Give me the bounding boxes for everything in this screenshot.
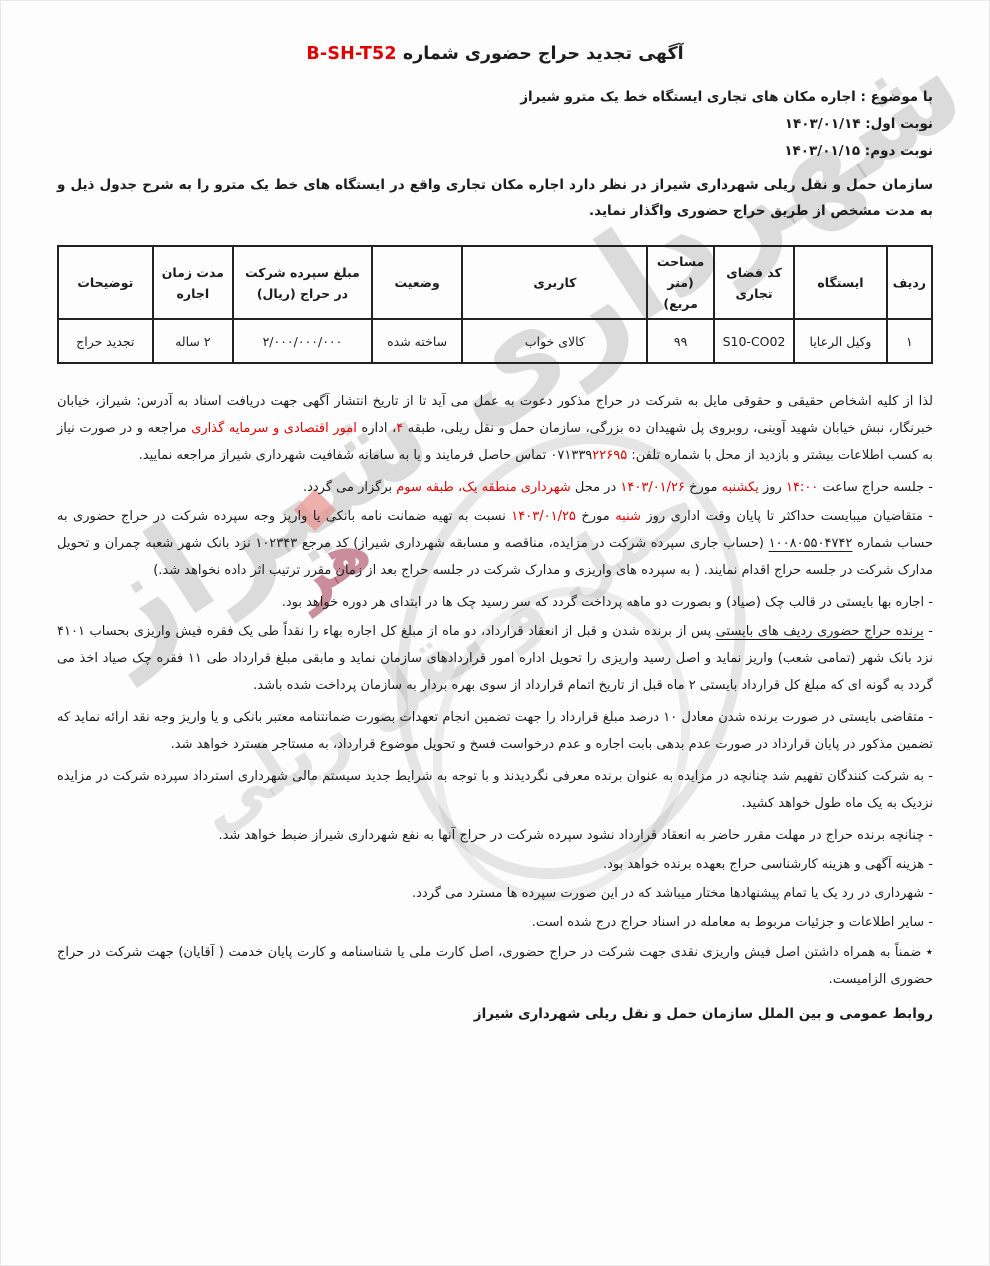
cell-row-number: ۱ [887,319,932,363]
intro-paragraph: سازمان حمل و نقل ریلی شهرداری شیراز در ن… [57,172,933,224]
col-station: ایستگاه [794,246,887,319]
bullet-refund-delay: - به شرکت کنندگان تفهیم شد چنانچه در مزا… [57,763,933,817]
cell-area: ۹۹ [647,319,713,363]
bullet-winner-payment: - برنده حراج حضوری ردیف های بایستی پس از… [57,618,933,699]
col-remarks: توضیحات [58,246,153,319]
subject-line: با موضوع : اجاره مکان های تجاری ایستگاه … [57,84,933,111]
cell-space-code: S10-CO02 [714,319,794,363]
table-row: ۱ وکیل الرعایا S10-CO02 ۹۹ کالای خواب سا… [58,319,932,363]
auction-code: B-SH-T52 [306,44,396,64]
cell-deposit: ۲/۰۰۰/۰۰۰/۰۰۰ [233,319,372,363]
round2-line: نوبت دوم: ۱۴۰۳/۰۱/۱۵ [57,138,933,165]
documents-paragraph: لذا از کلیه اشخاص حقیقی و حقوقی مایل به … [57,388,933,469]
table-header-row: ردیف ایستگاه کد فضای تجاری مساحت (متر مر… [58,246,932,319]
bullet-guarantee: - متقاضی بایستی در صورت برنده شدن معادل … [57,704,933,758]
cell-remarks: تجدید حراج [58,319,153,363]
round1-line: نوبت اول: ۱۴۰۳/۰۱/۱۴ [57,111,933,138]
col-usage: کاربری [462,246,647,319]
col-deposit: مبلغ سپرده شرکت در حراج (ریال) [233,246,372,319]
col-status: وضعیت [372,246,463,319]
col-space-code: کد فضای تجاری [714,246,794,319]
bullet-deposit-deadline: - متقاضیان میبایست حداکثر تا پایان وقت ا… [57,503,933,584]
page-title: آگهی تجدید حراج حضوری شماره B-SH-T52 [57,44,933,64]
col-lease-term: مدت زمان اجاره [153,246,233,319]
bullet-forfeiture: - چنانچه برنده حراج در مهلت مقرر حاضر به… [57,822,933,849]
auction-table: ردیف ایستگاه کد فضای تجاری مساحت (متر مر… [57,245,933,364]
cell-status: ساخته شده [372,319,463,363]
document-page: شهرداری شیراز حمل و نقل ریلی هر آگهی تجد… [0,0,990,1266]
bullet-rent-cheques: - اجاره بها بایستی در قالب چک (صیاد) و ب… [57,589,933,616]
bullet-rejection-right: - شهرداری در رد یک یا تمام پیشنهادها مخت… [57,880,933,907]
bullet-costs: - هزینه آگهی و هزینه کارشناسی حراج بعهده… [57,851,933,878]
cell-lease-term: ۲ ساله [153,319,233,363]
col-row-number: ردیف [887,246,932,319]
note-paragraph: ٭ ضمناً به همراه داشتن اصل فیش واریزی نق… [57,939,933,993]
signature-line: روابط عمومی و بین الملل سازمان حمل و نقل… [57,1006,933,1022]
col-area: مساحت (متر مربع) [647,246,713,319]
cell-usage: کالای خواب [462,319,647,363]
bullet-other-details: - سایر اطلاعات و جزئیات مربوط به معامله … [57,909,933,936]
page-title-text: آگهی تجدید حراج حضوری شماره [397,44,684,64]
bullet-session-time: - جلسه حراج ساعت ۱۴:۰۰ روز یکشنبه مورخ ۱… [57,474,933,501]
cell-station: وکیل الرعایا [794,319,887,363]
